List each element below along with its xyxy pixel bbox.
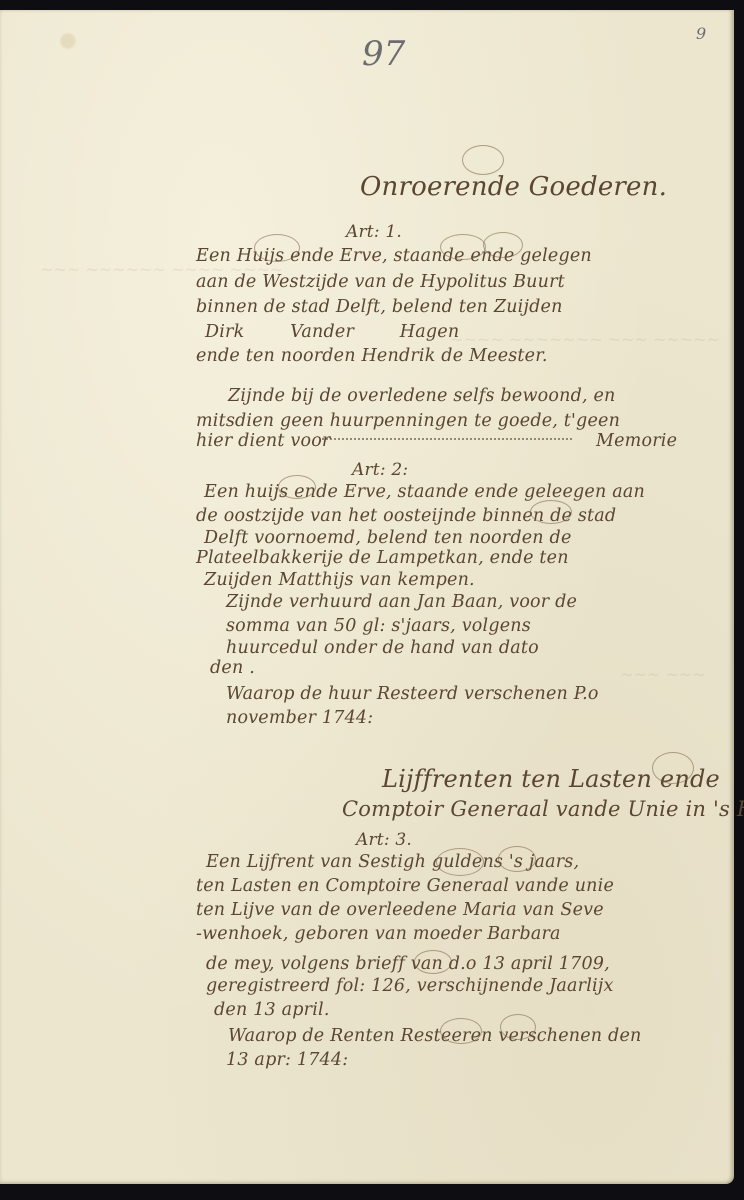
article-3-line: den 13 april.: [214, 1000, 330, 1020]
flourish-ornament: [440, 1018, 482, 1044]
section-heading-onroerende-goederen: Onroerende Goederen.: [360, 172, 667, 202]
flourish-ornament: [652, 752, 694, 784]
flourish-ornament: [530, 500, 572, 524]
article-2-line: Zuijden Matthijs van kempen.: [204, 570, 475, 590]
flourish-ornament: [462, 145, 504, 175]
article-1-line: Dirk Vander Hagen: [205, 322, 459, 342]
article-3-line: ten Lasten en Comptoire Generaal vande u…: [196, 876, 614, 896]
flourish-ornament: [254, 234, 300, 262]
flourish-ornament: [483, 232, 523, 258]
flourish-ornament: [440, 234, 486, 260]
article-3-closing-line: Waarop de Renten Resteeren verschenen de…: [228, 1026, 641, 1046]
article-1-value: Memorie: [596, 431, 677, 451]
article-2-line: Delft voornoemd, belend ten noorden de: [204, 528, 572, 548]
folio-number: 97: [362, 34, 405, 74]
article-2-closing-line: november 1744:: [226, 708, 373, 728]
article-2-note-line: huurcedul onder de hand van dato: [226, 638, 539, 658]
flourish-ornament: [414, 950, 452, 974]
article-1-line: ende ten noorden Hendrik de Meester.: [196, 346, 548, 366]
dotted-leader: [322, 438, 572, 440]
article-3-line: -wenhoek, geboren van moeder Barbara: [196, 924, 561, 944]
article-2-note-line: den .: [210, 658, 255, 678]
article-2-note-line: Zijnde verhuurd aan Jan Baan, voor de: [226, 592, 577, 612]
article-1-label: Art: 1.: [346, 222, 402, 242]
article-3-line: geregistreerd fol: 126, verschijnende Ja…: [206, 976, 614, 996]
article-3-line: de mey, volgens brieff van d.o 13 april …: [206, 954, 610, 974]
article-2-line: Een huijs ende Erve, staande ende geleeg…: [204, 482, 645, 502]
bleed-through-text: ~~~ ~~~: [620, 665, 706, 684]
article-2-note-line: somma van 50 gl: s'jaars, volgens: [226, 616, 531, 636]
article-3-closing-line: 13 apr: 1744:: [226, 1050, 348, 1070]
article-2-line: Plateelbakkerije de Lampetkan, ende ten: [196, 548, 569, 568]
article-3-line: ten Lijve van de overleedene Maria van S…: [196, 900, 604, 920]
manuscript-scan: ~~~ ~~~~~~ ~~~~ ~~~~ ~~~~ ~~~~~~~ ~~~ ~~…: [0, 0, 744, 1200]
corner-page-number: 9: [696, 24, 706, 43]
article-1-note-line: mitsdien geen huurpenningen te goede, t'…: [196, 411, 620, 431]
flourish-ornament: [436, 848, 484, 876]
article-2-label: Art: 2:: [352, 460, 408, 480]
article-3-label: Art: 3.: [356, 830, 412, 850]
flourish-ornament: [498, 846, 536, 872]
manuscript-page: ~~~ ~~~~~~ ~~~~ ~~~~ ~~~~ ~~~~~~~ ~~~ ~~…: [0, 10, 734, 1184]
flourish-ornament: [278, 475, 316, 499]
article-1-line: binnen de stad Delft, belend ten Zuijden: [196, 297, 563, 317]
article-1-note-line: Zijnde bij de overledene selfs bewoond, …: [228, 386, 616, 406]
section-heading-comptoir: Comptoir Generaal vande Unie in 's Hage.: [342, 797, 744, 821]
article-1-note-line: hier dient voor: [196, 431, 331, 451]
flourish-ornament: [500, 1014, 536, 1040]
article-2-closing-line: Waarop de huur Resteerd verschenen P.o: [226, 684, 599, 704]
article-1-line: aan de Westzijde van de Hypolitus Buurt: [196, 272, 565, 292]
